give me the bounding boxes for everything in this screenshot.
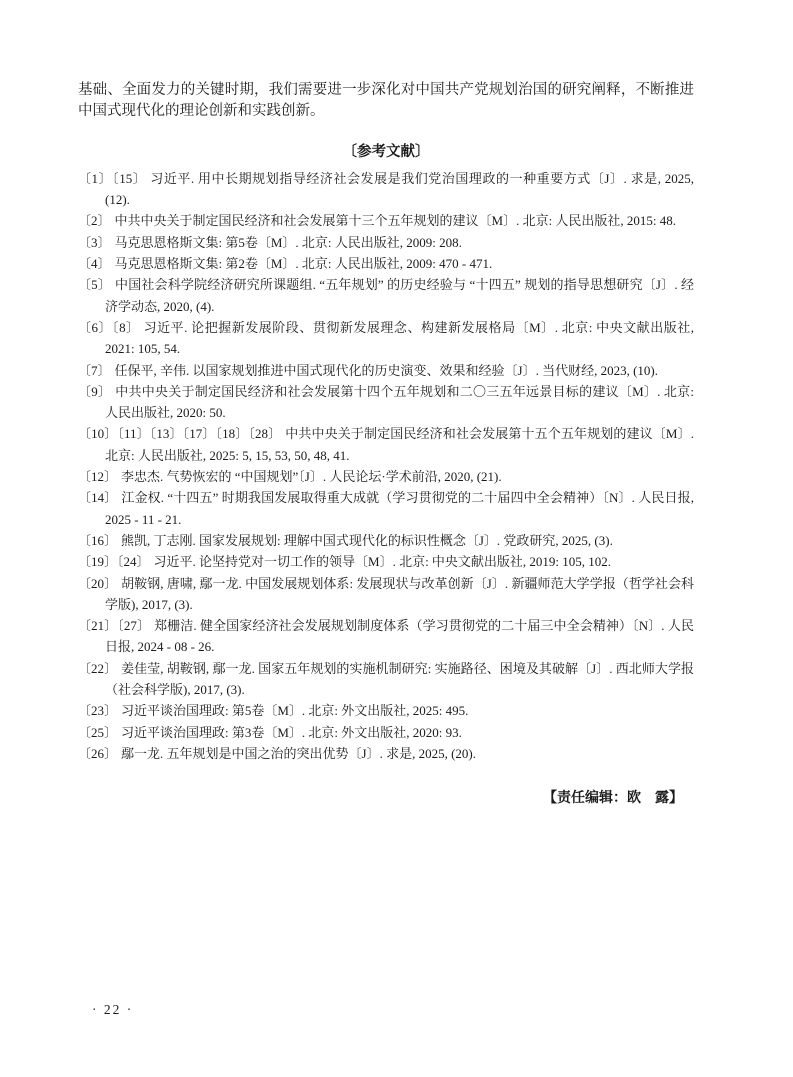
reference-label: 〔12〕 bbox=[78, 469, 117, 484]
reference-text: 鄢一龙. 五年规划是中国之治的突出优势〔J〕. 求是, 2025, (20). bbox=[121, 746, 476, 761]
reference-text: 习近平. 论坚持党对一切工作的领导〔M〕. 北京: 中央文献出版社, 2019:… bbox=[154, 554, 612, 569]
reference-item: 〔9〕中共中央关于制定国民经济和社会发展第十四个五年规划和二〇三五年远景目标的建… bbox=[78, 381, 694, 424]
page-content: 基础、全面发力的关键时期，我们需要进一步深化对中国共产党规划治国的研究阐释，不断… bbox=[78, 80, 694, 810]
reference-item: 〔23〕习近平谈治国理政: 第5卷〔M〕. 北京: 外文出版社, 2025: 4… bbox=[78, 700, 694, 721]
reference-text: 习近平. 论把握新发展阶段、贯彻新发展理念、构建新发展格局〔M〕. 北京: 中央… bbox=[105, 320, 694, 356]
reference-label: 〔2〕 bbox=[78, 213, 111, 228]
reference-text: 习近平. 用中长期规划指导经济社会发展是我们党治国理政的一种重要方式〔J〕. 求… bbox=[105, 171, 694, 207]
reference-label: 〔20〕 bbox=[78, 576, 117, 591]
reference-text: 马克思恩格斯文集: 第2卷〔M〕. 北京: 人民出版社, 2009: 470 -… bbox=[115, 256, 493, 271]
reference-item: 〔14〕江金权. “十四五” 时期我国发展取得重大成就（学习贯彻党的二十届四中全… bbox=[78, 487, 694, 530]
reference-label: 〔1〕〔15〕 bbox=[78, 171, 146, 186]
references-heading: 〔参考文献〕 bbox=[78, 142, 694, 163]
references-list: 〔1〕〔15〕习近平. 用中长期规划指导经济社会发展是我们党治国理政的一种重要方… bbox=[78, 168, 694, 764]
reference-label: 〔26〕 bbox=[78, 746, 117, 761]
reference-label: 〔22〕 bbox=[78, 661, 117, 676]
reference-item: 〔20〕胡鞍钢, 唐啸, 鄢一龙. 中国发展规划体系: 发展现状与改革创新〔J〕… bbox=[78, 573, 694, 616]
reference-label: 〔21〕〔27〕 bbox=[78, 618, 150, 633]
reference-item: 〔10〕〔11〕〔13〕〔17〕〔18〕〔28〕中共中央关于制定国民经济和社会发… bbox=[78, 423, 694, 466]
reference-label: 〔14〕 bbox=[78, 490, 117, 505]
reference-text: 郑栅洁. 健全国家经济社会发展规划制度体系（学习贯彻党的二十届三中全会精神）〔N… bbox=[105, 618, 694, 654]
reference-label: 〔4〕 bbox=[78, 256, 111, 271]
reference-item: 〔4〕马克思恩格斯文集: 第2卷〔M〕. 北京: 人民出版社, 2009: 47… bbox=[78, 253, 694, 274]
reference-text: 任保平, 辛伟. 以国家规划推进中国式现代化的历史演变、效果和经验〔J〕. 当代… bbox=[115, 363, 658, 378]
reference-item: 〔6〕〔8〕习近平. 论把握新发展阶段、贯彻新发展理念、构建新发展格局〔M〕. … bbox=[78, 317, 694, 360]
reference-item: 〔1〕〔15〕习近平. 用中长期规划指导经济社会发展是我们党治国理政的一种重要方… bbox=[78, 168, 694, 211]
document-page: 基础、全面发力的关键时期，我们需要进一步深化对中国共产党规划治国的研究阐释，不断… bbox=[0, 0, 793, 1077]
reference-item: 〔12〕李忠杰. 气势恢宏的 “中国规划”〔J〕. 人民论坛·学术前沿, 202… bbox=[78, 466, 694, 487]
reference-label: 〔25〕 bbox=[78, 725, 117, 740]
reference-text: 江金权. “十四五” 时期我国发展取得重大成就（学习贯彻党的二十届四中全会精神）… bbox=[105, 490, 694, 526]
reference-item: 〔25〕习近平谈治国理政: 第3卷〔M〕. 北京: 外文出版社, 2020: 9… bbox=[78, 722, 694, 743]
reference-item: 〔7〕任保平, 辛伟. 以国家规划推进中国式现代化的历史演变、效果和经验〔J〕.… bbox=[78, 360, 694, 381]
reference-item: 〔21〕〔27〕郑栅洁. 健全国家经济社会发展规划制度体系（学习贯彻党的二十届三… bbox=[78, 615, 694, 658]
reference-label: 〔19〕〔24〕 bbox=[78, 554, 150, 569]
body-paragraph: 基础、全面发力的关键时期，我们需要进一步深化对中国共产党规划治国的研究阐释，不断… bbox=[78, 80, 694, 123]
reference-text: 中共中央关于制定国民经济和社会发展第十四个五年规划和二〇三五年远景目标的建议〔M… bbox=[105, 384, 694, 420]
reference-text: 熊凯, 丁志刚. 国家发展规划: 理解中国式现代化的标识性概念〔J〕. 党政研究… bbox=[121, 533, 613, 548]
reference-text: 中共中央关于制定国民经济和社会发展第十三个五年规划的建议〔M〕. 北京: 人民出… bbox=[115, 213, 677, 228]
editor-note: 【责任编辑：欧 露】 bbox=[78, 788, 694, 809]
reference-label: 〔23〕 bbox=[78, 703, 117, 718]
reference-item: 〔19〕〔24〕习近平. 论坚持党对一切工作的领导〔M〕. 北京: 中央文献出版… bbox=[78, 551, 694, 572]
reference-text: 姜佳莹, 胡鞍钢, 鄢一龙. 国家五年规划的实施机制研究: 实施路径、困境及其破… bbox=[105, 661, 694, 697]
reference-text: 习近平谈治国理政: 第5卷〔M〕. 北京: 外文出版社, 2025: 495. bbox=[121, 703, 468, 718]
reference-text: 习近平谈治国理政: 第3卷〔M〕. 北京: 外文出版社, 2020: 93. bbox=[121, 725, 462, 740]
reference-item: 〔2〕中共中央关于制定国民经济和社会发展第十三个五年规划的建议〔M〕. 北京: … bbox=[78, 210, 694, 231]
page-number: · 22 · bbox=[92, 999, 133, 1020]
reference-text: 胡鞍钢, 唐啸, 鄢一龙. 中国发展规划体系: 发展现状与改革创新〔J〕. 新疆… bbox=[105, 576, 694, 612]
reference-label: 〔3〕 bbox=[78, 235, 111, 250]
reference-text: 中国社会科学院经济研究所课题组. “五年规划” 的历史经验与 “十四五” 规划的… bbox=[105, 277, 694, 313]
reference-item: 〔16〕熊凯, 丁志刚. 国家发展规划: 理解中国式现代化的标识性概念〔J〕. … bbox=[78, 530, 694, 551]
reference-label: 〔6〕〔8〕 bbox=[78, 320, 140, 335]
reference-label: 〔5〕 bbox=[78, 277, 111, 292]
reference-item: 〔22〕姜佳莹, 胡鞍钢, 鄢一龙. 国家五年规划的实施机制研究: 实施路径、困… bbox=[78, 658, 694, 701]
reference-label: 〔16〕 bbox=[78, 533, 117, 548]
reference-text: 马克思恩格斯文集: 第5卷〔M〕. 北京: 人民出版社, 2009: 208. bbox=[115, 235, 462, 250]
reference-item: 〔5〕中国社会科学院经济研究所课题组. “五年规划” 的历史经验与 “十四五” … bbox=[78, 274, 694, 317]
reference-label: 〔9〕 bbox=[78, 384, 111, 399]
reference-item: 〔26〕鄢一龙. 五年规划是中国之治的突出优势〔J〕. 求是, 2025, (2… bbox=[78, 743, 694, 764]
reference-label: 〔10〕〔11〕〔13〕〔17〕〔18〕〔28〕 bbox=[78, 426, 281, 441]
reference-text: 李忠杰. 气势恢宏的 “中国规划”〔J〕. 人民论坛·学术前沿, 2020, (… bbox=[121, 469, 502, 484]
reference-item: 〔3〕马克思恩格斯文集: 第5卷〔M〕. 北京: 人民出版社, 2009: 20… bbox=[78, 232, 694, 253]
reference-label: 〔7〕 bbox=[78, 363, 111, 378]
